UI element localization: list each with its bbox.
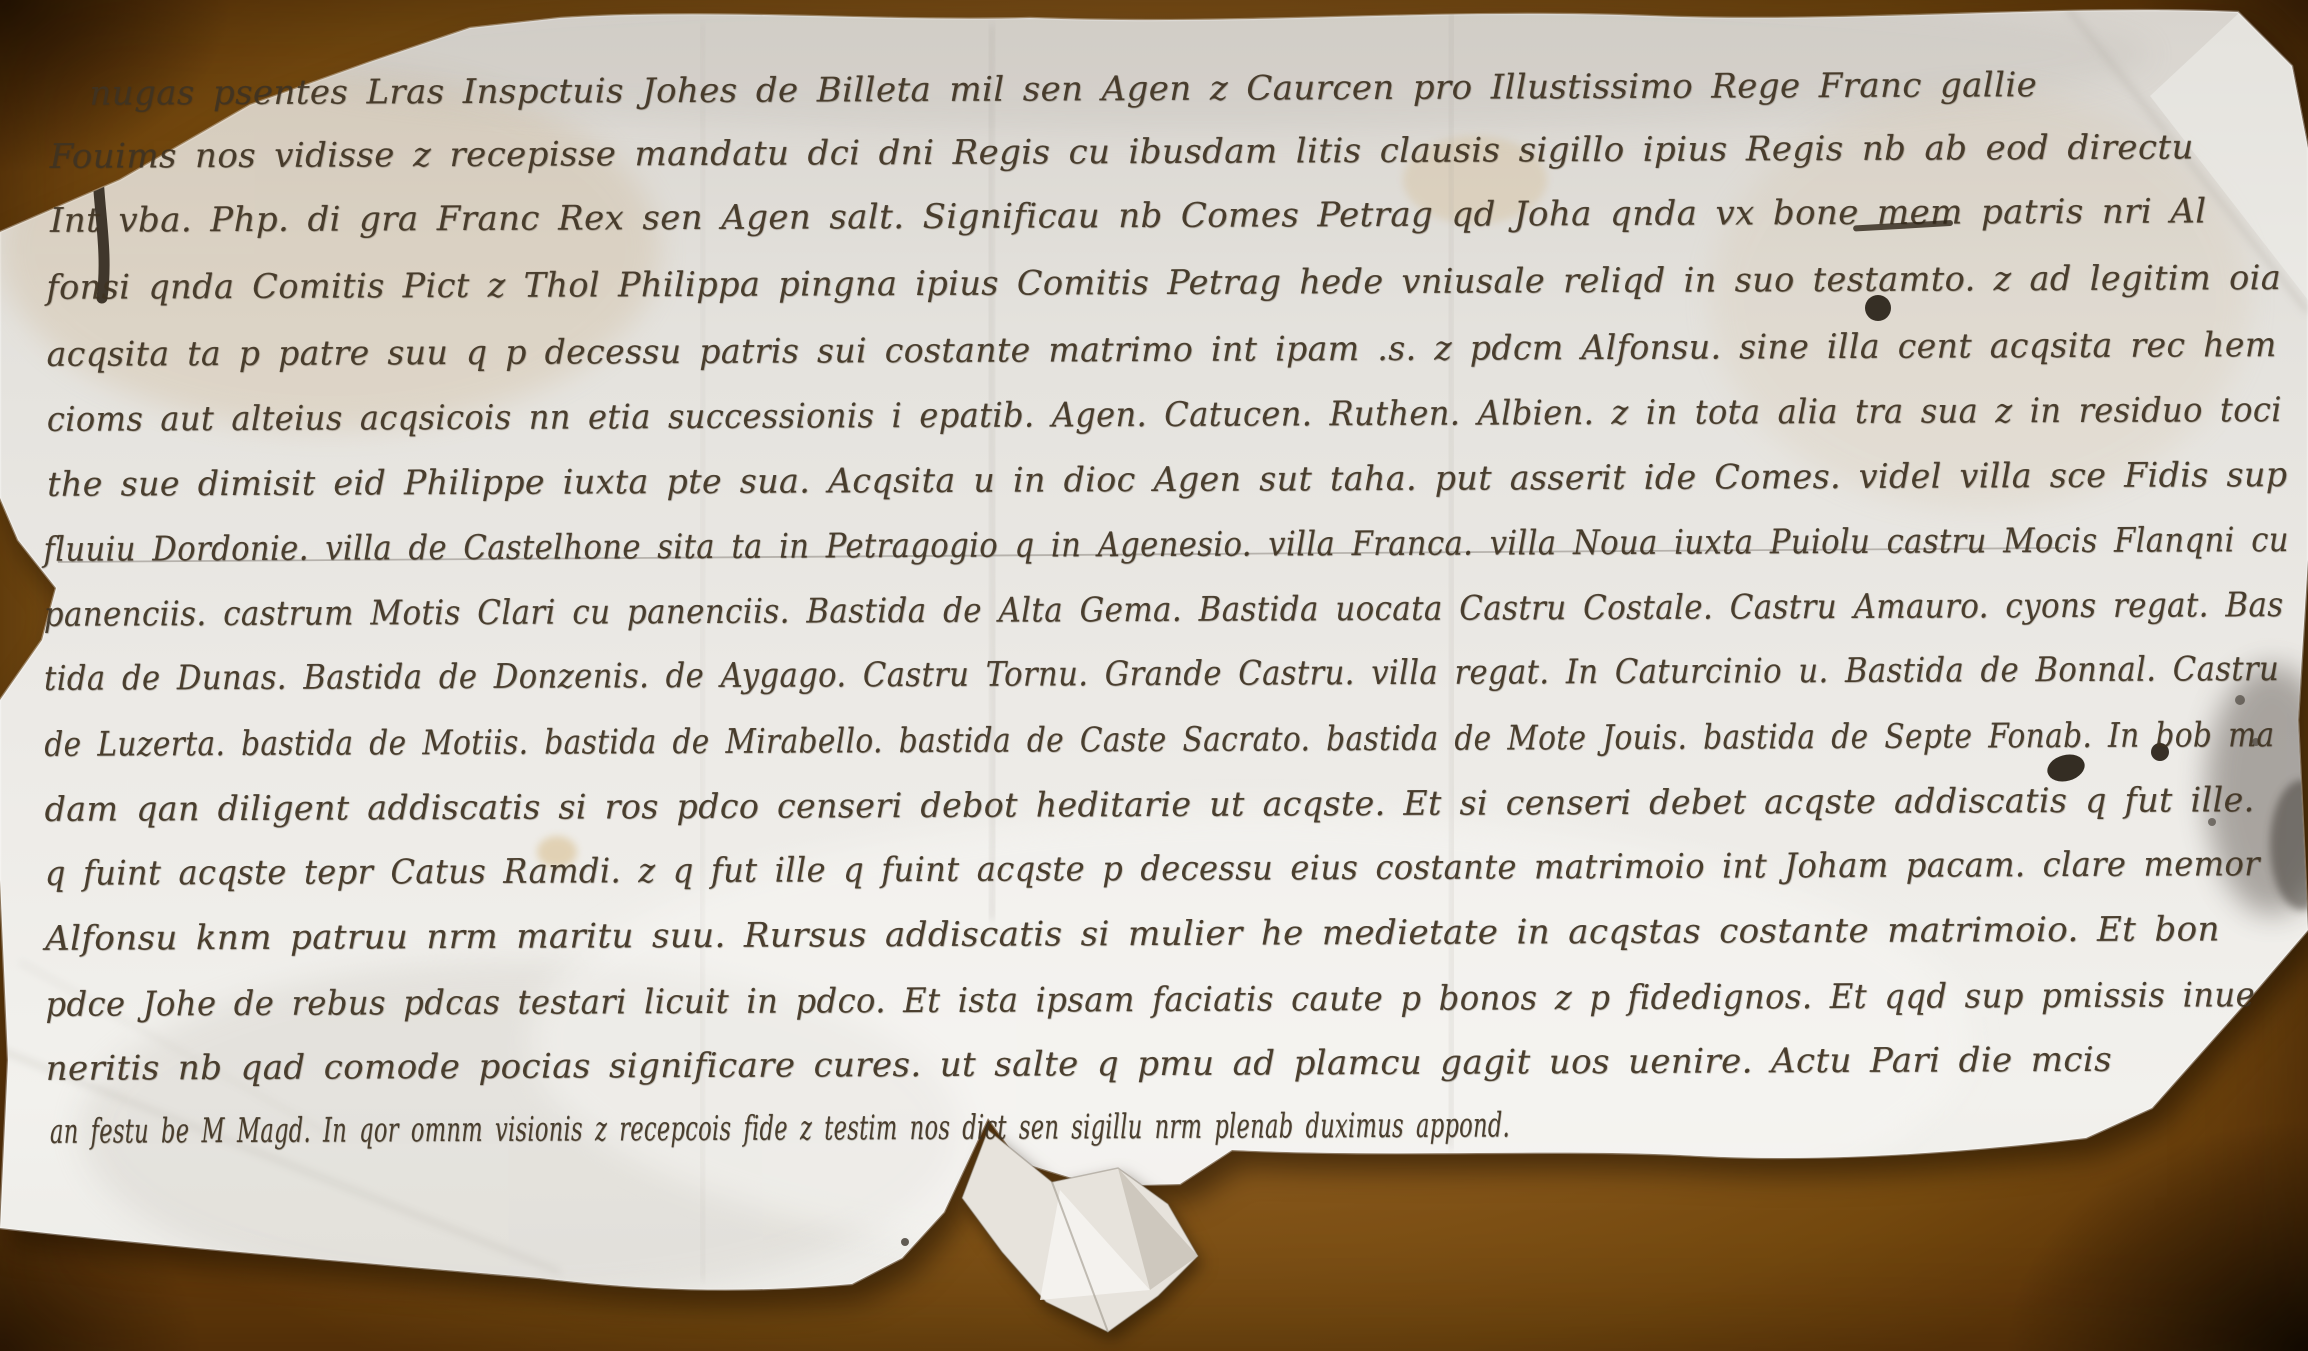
speck-1 <box>2235 695 2245 705</box>
speck-2 <box>2252 738 2260 746</box>
ink-drip-left-edge <box>98 140 104 298</box>
stain-dot <box>537 836 577 868</box>
parchment-graphic <box>0 0 2308 1351</box>
photo-of-medieval-parchment-charter: nugas psentes Lras Inspctuis Johes de Bi… <box>0 0 2308 1351</box>
stain-right <box>1710 90 2250 510</box>
stain-small-upper <box>1403 136 1547 224</box>
highlight-bottom <box>530 810 1970 1270</box>
speck-3 <box>2208 818 2216 826</box>
